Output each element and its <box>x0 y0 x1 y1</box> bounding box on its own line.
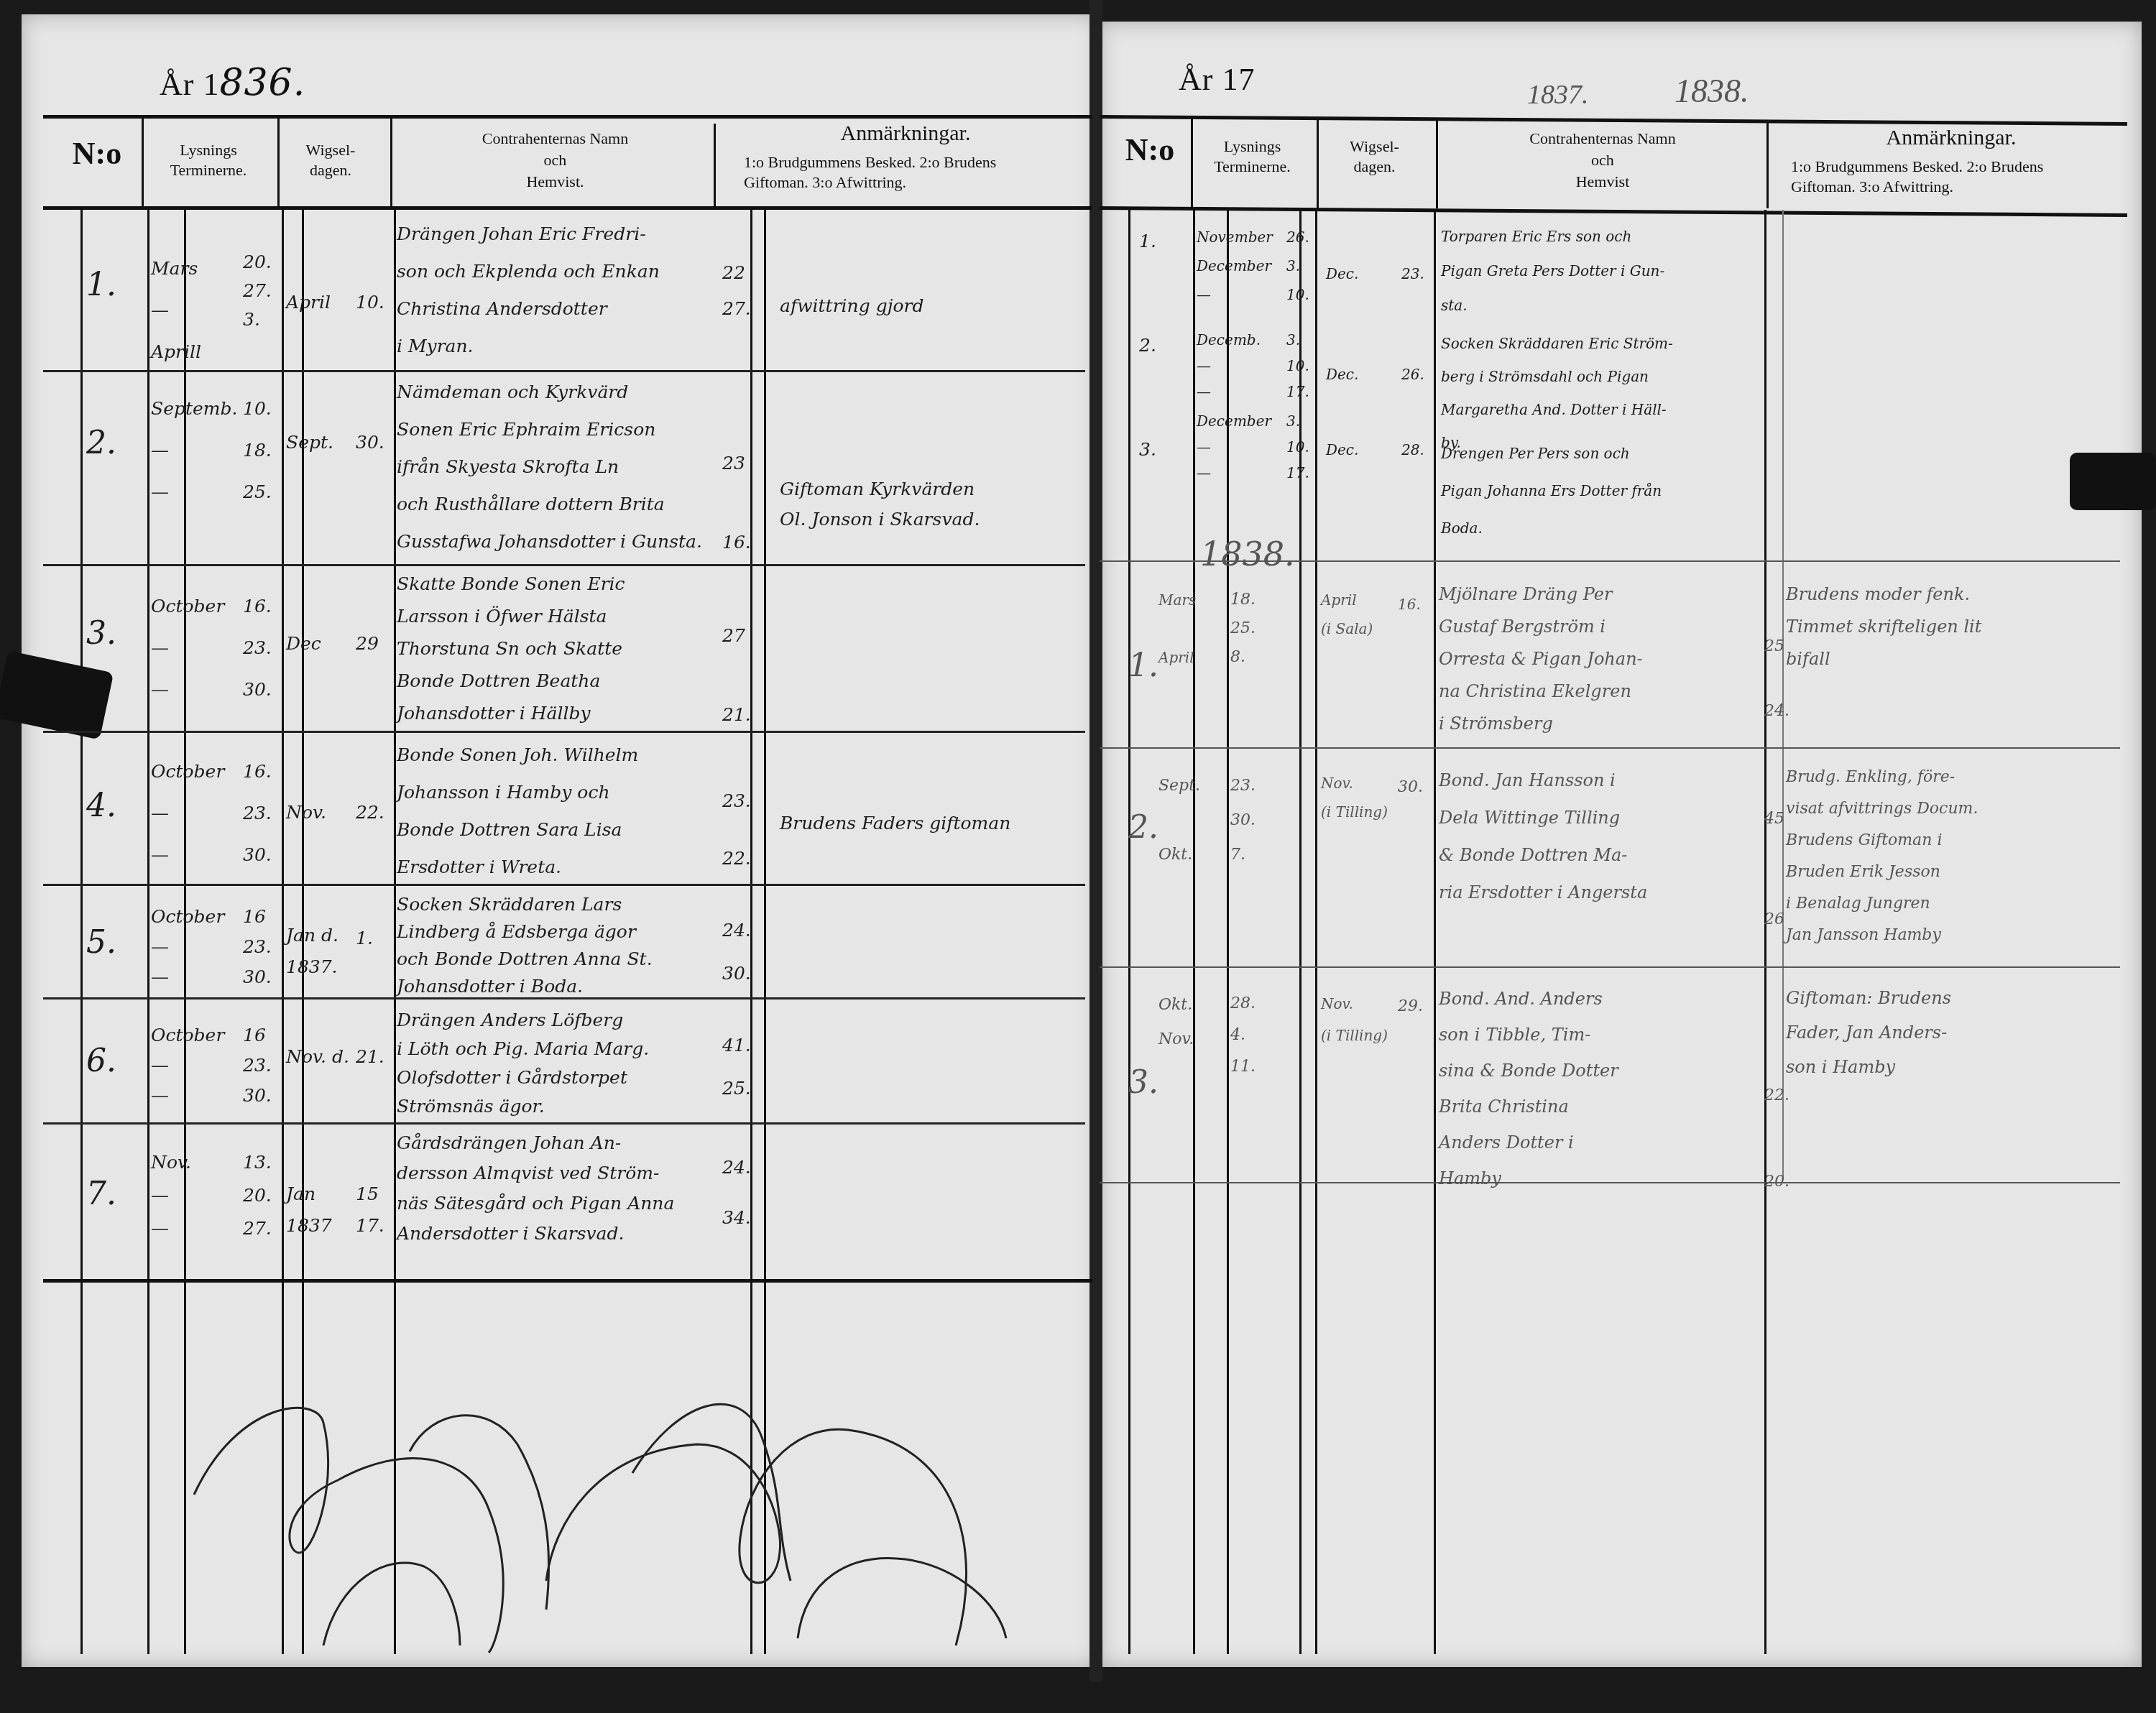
contrahenter-names: Drengen Per Pers son och Pigan Johanna E… <box>1441 435 1764 547</box>
right-hdr-col-line <box>1436 119 1438 208</box>
lysning-days: 26. 3. 10. <box>1286 223 1309 309</box>
contrahenter-names: Torparen Eric Ers son och Pigan Greta Pe… <box>1441 219 1764 323</box>
entry-number: 1. <box>1139 223 1156 260</box>
wigsel-month: Dec. <box>1326 431 1358 468</box>
contrahenter-names: Mjölnare Dräng Per Gustaf Bergström i Or… <box>1439 578 1766 740</box>
wigsel-month: April (i Sala) <box>1321 586 1373 643</box>
wigsel-month: Nov. (i Tilling) <box>1321 988 1388 1051</box>
lysning-months: December — — <box>1197 408 1271 486</box>
header-anmarkningar-sub: 1:o Brudgummens Besked. 2:o Brudens Gift… <box>1775 157 2127 197</box>
header-contrahenter: Contrahenternas Namn och Hemvist <box>1437 128 1768 193</box>
lysning-days: 18. 25. 8. <box>1230 586 1256 672</box>
header-lysnings: Lysnings Terminerne. <box>1193 137 1312 177</box>
entry-number: 3. <box>1128 1067 1158 1099</box>
wigsel-month: Dec. <box>1326 356 1358 393</box>
entry-number: 3. <box>1139 431 1156 468</box>
wigsel-month: Dec. <box>1326 255 1358 292</box>
pencil-year-1837: 1837. <box>1527 79 1589 111</box>
header-no: N:o <box>1110 140 1189 160</box>
year-1838-label: 1838. <box>1200 535 1295 573</box>
right-col-line <box>1193 210 1195 1654</box>
contrahenter-names: Bond. Jan Hansson i Dela Wittinge Tillin… <box>1439 762 1766 911</box>
pencil-year-1838: 1838. <box>1674 72 1749 110</box>
lysning-months: Sept. Okt. <box>1158 769 1200 872</box>
right-hdr-col-line <box>1317 119 1319 208</box>
wigsel-day: 23. <box>1401 255 1424 292</box>
right-col-line <box>1128 210 1130 1654</box>
wigsel-day: 28. <box>1401 431 1424 468</box>
right-year-title: År 17 <box>1179 61 1255 98</box>
lysning-months: Decemb. — — <box>1197 327 1261 405</box>
lysning-months: Mars April <box>1158 586 1196 672</box>
header-anmarkningar: Anmärkningar. <box>1775 128 2127 148</box>
entry-number: 2. <box>1139 327 1156 364</box>
ages: 45 26 <box>1764 769 1784 970</box>
entry-number: 2. <box>1128 812 1158 844</box>
wigsel-day: 16. <box>1398 586 1421 623</box>
right-hdr-col-line <box>1191 119 1193 208</box>
header-wigsel: Wigsel- dagen. <box>1315 137 1434 177</box>
ledger-spread: År 1836. N:o Lysnings Terminerne. Wigsel… <box>0 0 2156 1713</box>
wigsel-day: 26. <box>1401 356 1424 393</box>
wigsel-day: 29. <box>1398 988 1423 1025</box>
lysning-days: 3. 10. 17. <box>1286 327 1309 405</box>
remark: Brudens moder fenk. Timmet skrifteligen … <box>1786 578 2116 675</box>
lysning-months: November December — <box>1197 223 1273 309</box>
right-row-sep <box>1100 747 2120 749</box>
contrahenter-names: Bond. And. Anders son i Tibble, Tim- sin… <box>1439 981 1766 1196</box>
lysning-days: 3. 10. 17. <box>1286 408 1309 486</box>
lysning-days: 28. 4. 11. <box>1230 988 1256 1083</box>
right-col-line <box>1434 210 1436 1654</box>
right-col-line <box>1315 210 1317 1654</box>
entry-number: 1. <box>1128 650 1158 682</box>
right-hdr-col-line <box>1766 122 1769 208</box>
lysning-days: 23. 30. 7. <box>1230 769 1256 872</box>
wigsel-day: 30. <box>1398 769 1423 806</box>
right-row-sep <box>1100 966 2120 968</box>
lysning-months: Okt. Nov. <box>1158 988 1194 1057</box>
wigsel-month: Nov. (i Tilling) <box>1321 769 1388 826</box>
remark: Brudg. Enkling, före- visat afvittrings … <box>1786 762 2116 951</box>
remark: Giftoman: Brudens Fader, Jan Anders- son… <box>1786 981 2116 1084</box>
